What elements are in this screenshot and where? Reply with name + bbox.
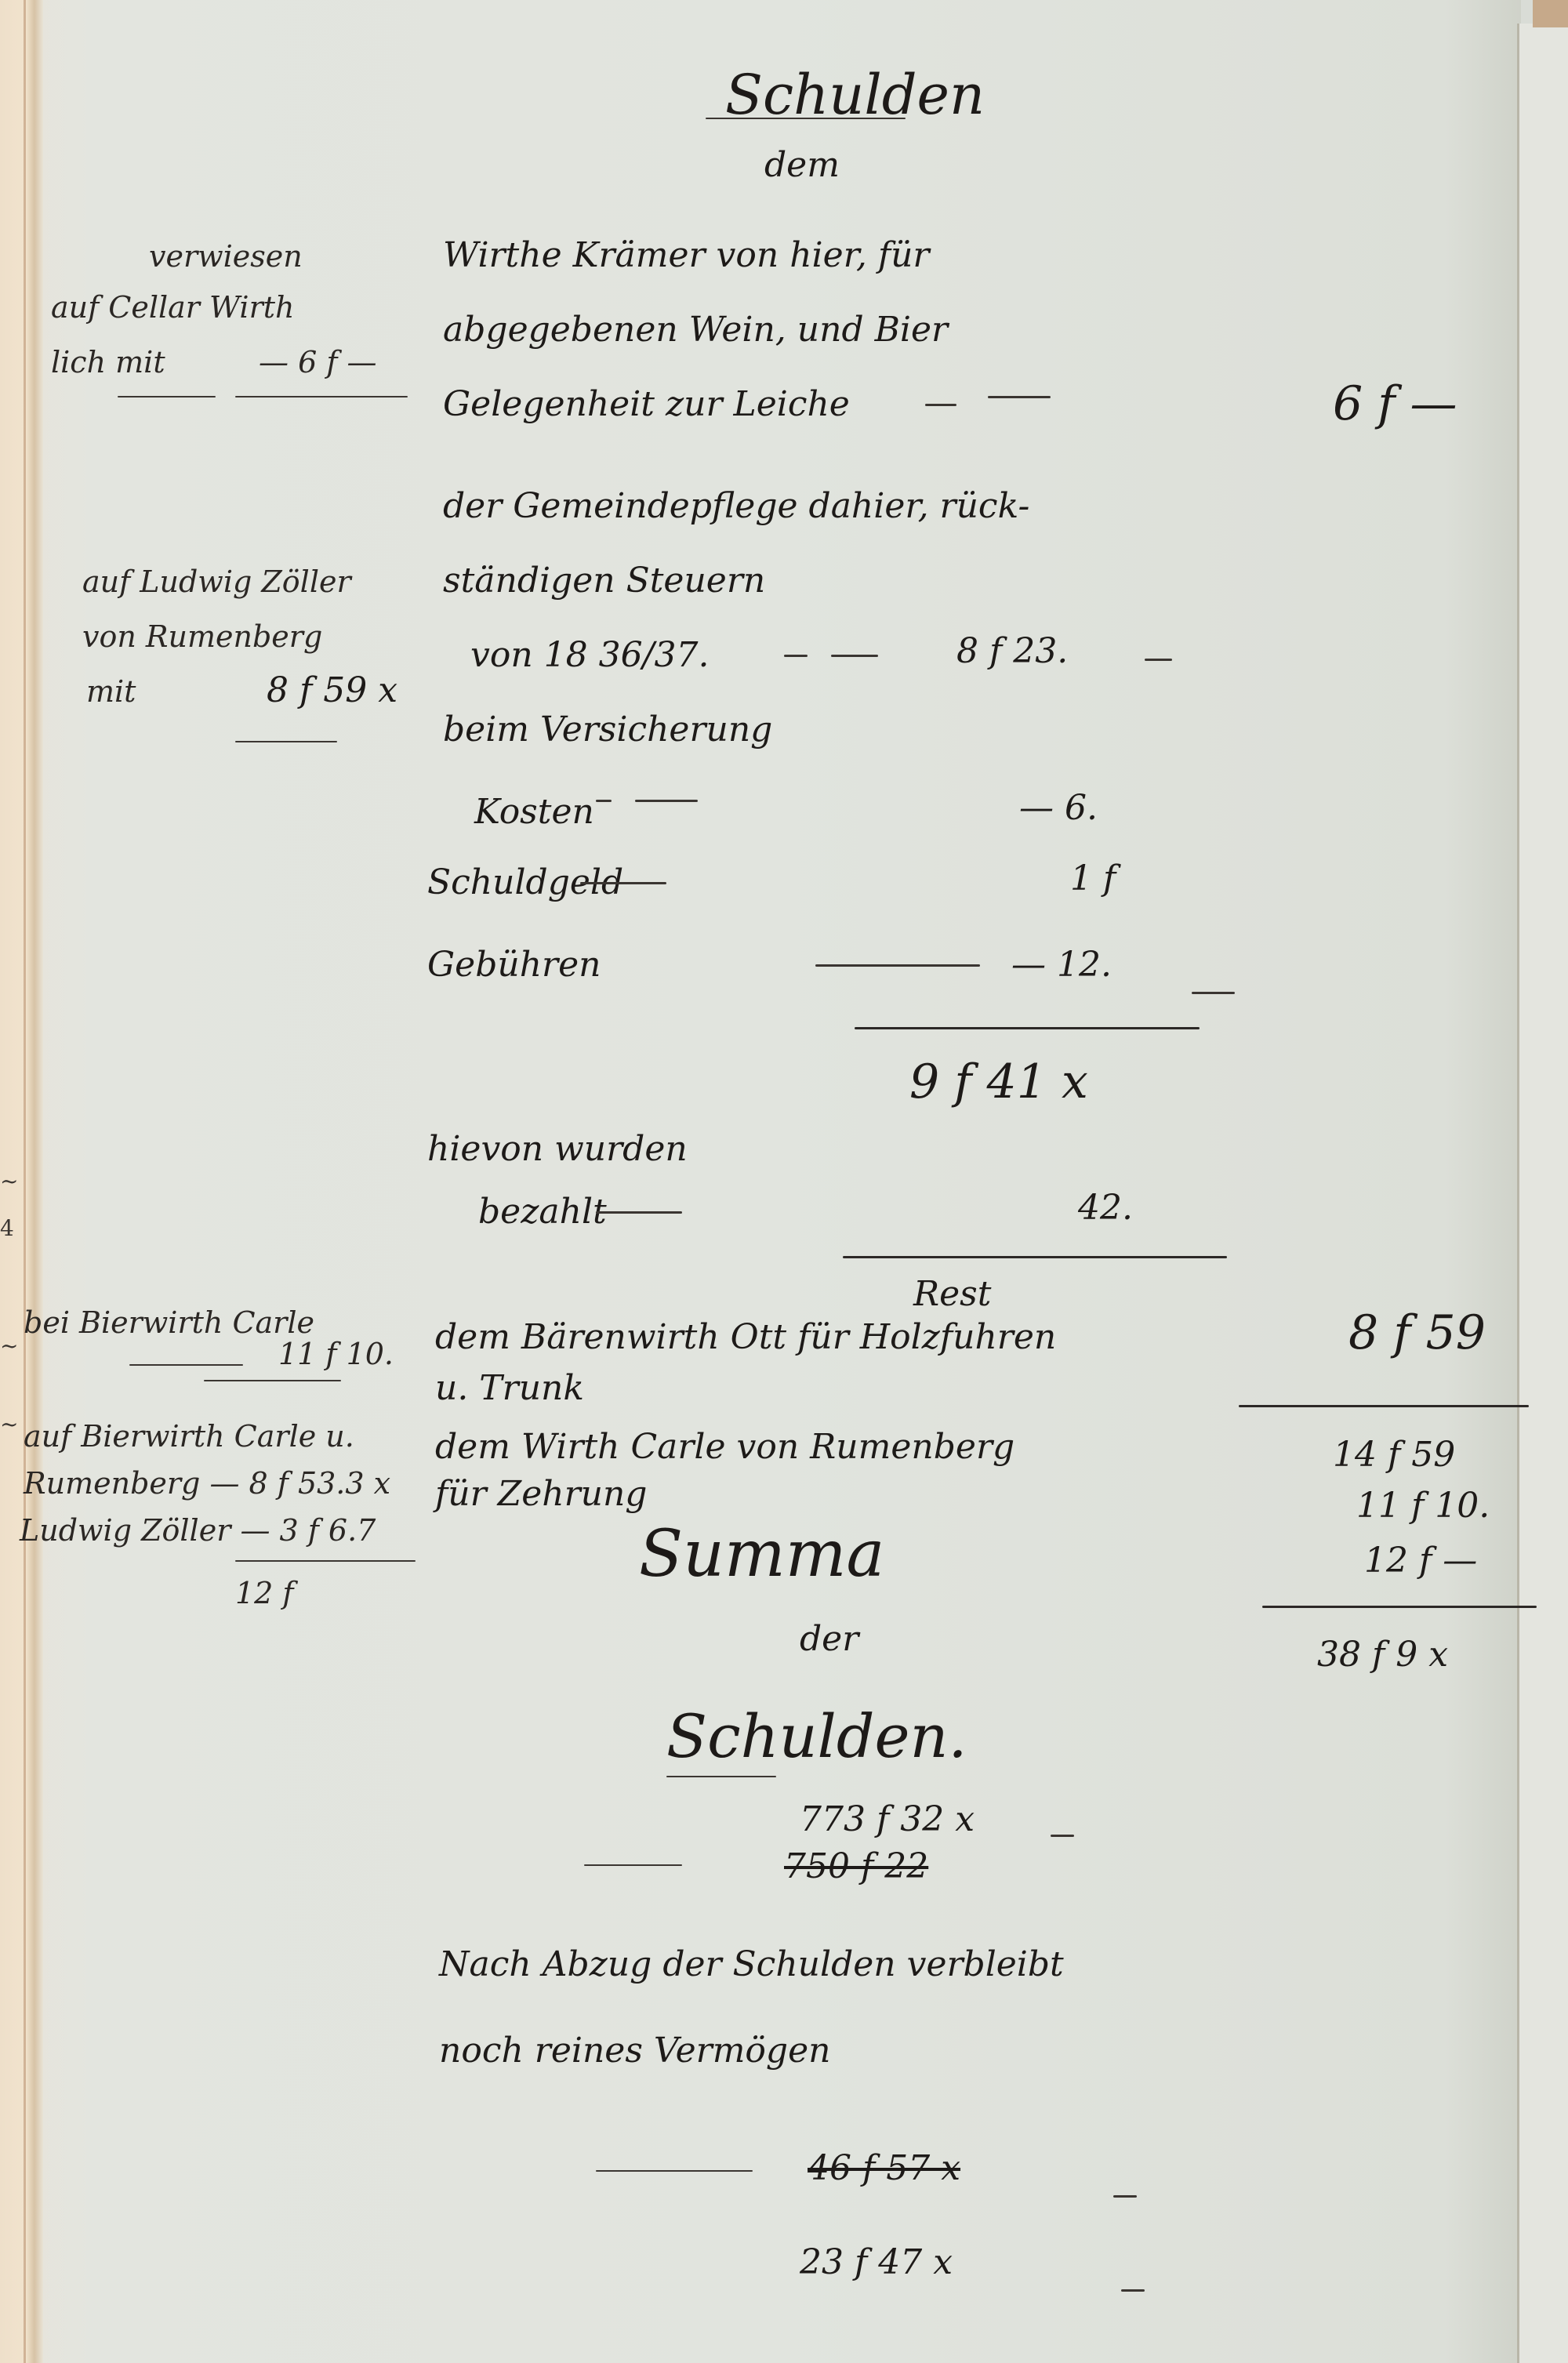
leader-dash [596, 1211, 682, 1214]
entry-2-line-2: ständigen Steuern [443, 561, 765, 601]
column-amount-1: 14 f 59 [1333, 1435, 1455, 1475]
leader-dash [635, 800, 698, 802]
entry-6-line-1: dem Wirth Carle von Rumenberg [435, 1427, 1014, 1467]
column-total: 38 f 9 x [1317, 1635, 1448, 1675]
column-amount-3: 12 f — [1364, 1541, 1477, 1581]
column-rule-2 [1262, 1606, 1537, 1608]
margin-rule [118, 396, 216, 397]
page-corner [1533, 0, 1568, 27]
item-label-kosten: Kosten [474, 792, 594, 832]
margin-note-6-line-3: Ludwig Zöller — 3 f 6.7 [20, 1513, 376, 1548]
margin-rule [235, 396, 408, 397]
margin-note-1-line-2: auf Cellar Wirth [51, 290, 295, 325]
margin-note-5-line-1: bei Bierwirth Carle [24, 1305, 314, 1340]
summa-label: Summa [639, 1517, 884, 1592]
leader-rule [596, 2170, 753, 2172]
note-line-2: noch reines Vermögen [439, 2031, 830, 2071]
entry-4-amount: 42. [1078, 1188, 1133, 1228]
margin-note-5-amount: 11 f 10. [278, 1337, 394, 1371]
leader-dash [784, 655, 808, 657]
gutter-fragment: ~ [0, 1411, 18, 1437]
item-amount-gebuehren: — 12. [1011, 945, 1112, 985]
page-subtitle: dem [764, 145, 840, 185]
crossed-net: 46 f 57 x [808, 2148, 960, 2188]
entry-4-line-1: hievon wurden [427, 1129, 688, 1169]
margin-note-2-amount: 8 f 59 x [267, 670, 397, 710]
summa-underline [666, 1776, 776, 1777]
entry-3-heading: beim Versicherung [443, 710, 772, 750]
ledger-page [0, 0, 1521, 2363]
leader-dash [1121, 2289, 1145, 2292]
gutter-fragment: ~ [0, 1168, 18, 1194]
leader-dash [1113, 2195, 1137, 2198]
rest-label: Rest [913, 1274, 991, 1314]
column-rule-1 [1239, 1405, 1529, 1407]
entry-1-amount: 6 f — [1333, 376, 1457, 431]
gutter-fragment: 4 [0, 1215, 14, 1241]
margin-note-2-line-2: von Rumenberg [82, 619, 322, 654]
leader-dash [596, 800, 612, 802]
note-line-1: Nach Abzug der Schulden verbleibt [439, 1944, 1064, 1984]
rest-amount: 8 f 59 [1348, 1305, 1486, 1360]
margin-note-6-line-2: Rumenberg — 8 f 53.3 x [24, 1466, 390, 1501]
summa-schulden-label: Schulden. [666, 1701, 967, 1771]
entry-1-line-3: Gelegenheit zur Leiche [443, 384, 850, 424]
gutter-fragment: ~ [0, 1333, 18, 1359]
leader-dash [580, 882, 666, 884]
margin-note-2-line-1: auf Ludwig Zöller [82, 564, 351, 599]
margin-note-1-amount: — 6 f — [259, 345, 376, 379]
column-amount-2: 11 f 10. [1356, 1486, 1490, 1526]
leader-rule [584, 1864, 682, 1866]
leader-dash [815, 964, 980, 967]
leader-dash [1051, 1835, 1074, 1837]
subtotal-rule [855, 1027, 1200, 1029]
margin-rule [204, 1380, 341, 1381]
leader-dash [988, 396, 1051, 398]
margin-note-2-line-3: mit [86, 674, 136, 709]
item-label-gebuehren: Gebühren [427, 945, 601, 985]
item-amount-schuldgeld: 1 f [1070, 858, 1116, 898]
final-net: 23 f 47 x [800, 2242, 953, 2282]
entry-5-line-2: u. Trunk [435, 1368, 584, 1408]
margin-note-6-line-1: auf Bierwirth Carle u. [24, 1419, 354, 1454]
entry-5-line-1: dem Bärenwirth Ott für Holzfuhren [435, 1317, 1056, 1357]
margin-rule [129, 1364, 243, 1366]
sum-amount: 773 f 32 x [800, 1799, 975, 1839]
rest-rule [843, 1256, 1227, 1258]
leader-dash [925, 404, 956, 406]
entry-4-line-2: bezahlt [478, 1192, 607, 1232]
entry-1-line-2: abgegebenen Wein, und Bier [443, 310, 948, 350]
margin-note-6-amount: 12 f [235, 1576, 294, 1610]
leader-dash [1192, 992, 1235, 994]
entry-6-line-2: für Zehrung [435, 1474, 647, 1514]
title-underline [706, 118, 906, 119]
adjacent-page-edge [1517, 24, 1568, 2363]
entry-2-amount: 8 f 23. [956, 631, 1068, 671]
crossed-amount: 750 f 22 [784, 1846, 928, 1886]
entry-2-line-3: von 18 36/37. [470, 635, 709, 675]
margin-rule [235, 741, 337, 742]
entry-1-line-1: Wirthe Krämer von hier, für [443, 235, 929, 275]
entry-3-subtotal: 9 f 41 x [909, 1054, 1088, 1109]
leader-dash [831, 655, 878, 657]
margin-note-1-line-1: verwiesen [149, 239, 303, 274]
entry-2-line-1: der Gemeindepflege dahier, rück- [443, 486, 1029, 526]
margin-rule [235, 1560, 416, 1562]
summa-der-label: der [800, 1619, 858, 1659]
leader-dash [1145, 659, 1172, 661]
item-amount-kosten: — 6. [1019, 788, 1098, 828]
margin-note-1-line-3: lich mit [51, 345, 165, 379]
